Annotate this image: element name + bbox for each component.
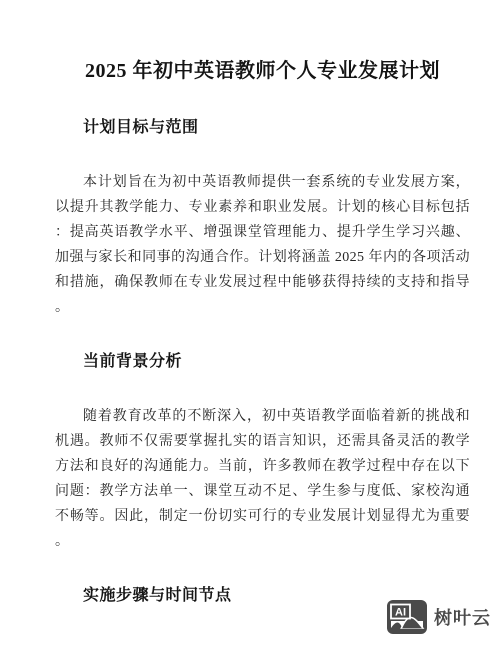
ai-image-logo-icon: AI [387,600,427,634]
section-paragraph-plan-goals: 本计划旨在为初中英语教师提供一套系统的专业发展方案，以提升其教学能力、专业素养和… [55,170,470,320]
document-title: 2025 年初中英语教师个人专业发展计划 [55,57,470,85]
watermark: AI 树叶云 [387,600,491,634]
section-heading-plan-goals: 计划目标与范围 [55,118,470,138]
section-heading-background-analysis: 当前背景分析 [55,352,470,372]
section-background-analysis: 当前背景分析 随着教育改革的不断深入，初中英语教学面临着新的挑战和机遇。教师不仅… [55,352,470,554]
document-page: 2025 年初中英语教师个人专业发展计划 计划目标与范围 本计划旨在为初中英语教… [0,0,500,647]
ai-logo-label: AI [395,607,406,619]
watermark-brand-name: 树叶云 [434,604,491,630]
section-paragraph-background-analysis: 随着教育改革的不断深入，初中英语教学面临着新的挑战和机遇。教师不仅需要掌握扎实的… [55,404,470,554]
section-plan-goals: 计划目标与范围 本计划旨在为初中英语教师提供一套系统的专业发展方案，以提升其教学… [55,118,470,320]
